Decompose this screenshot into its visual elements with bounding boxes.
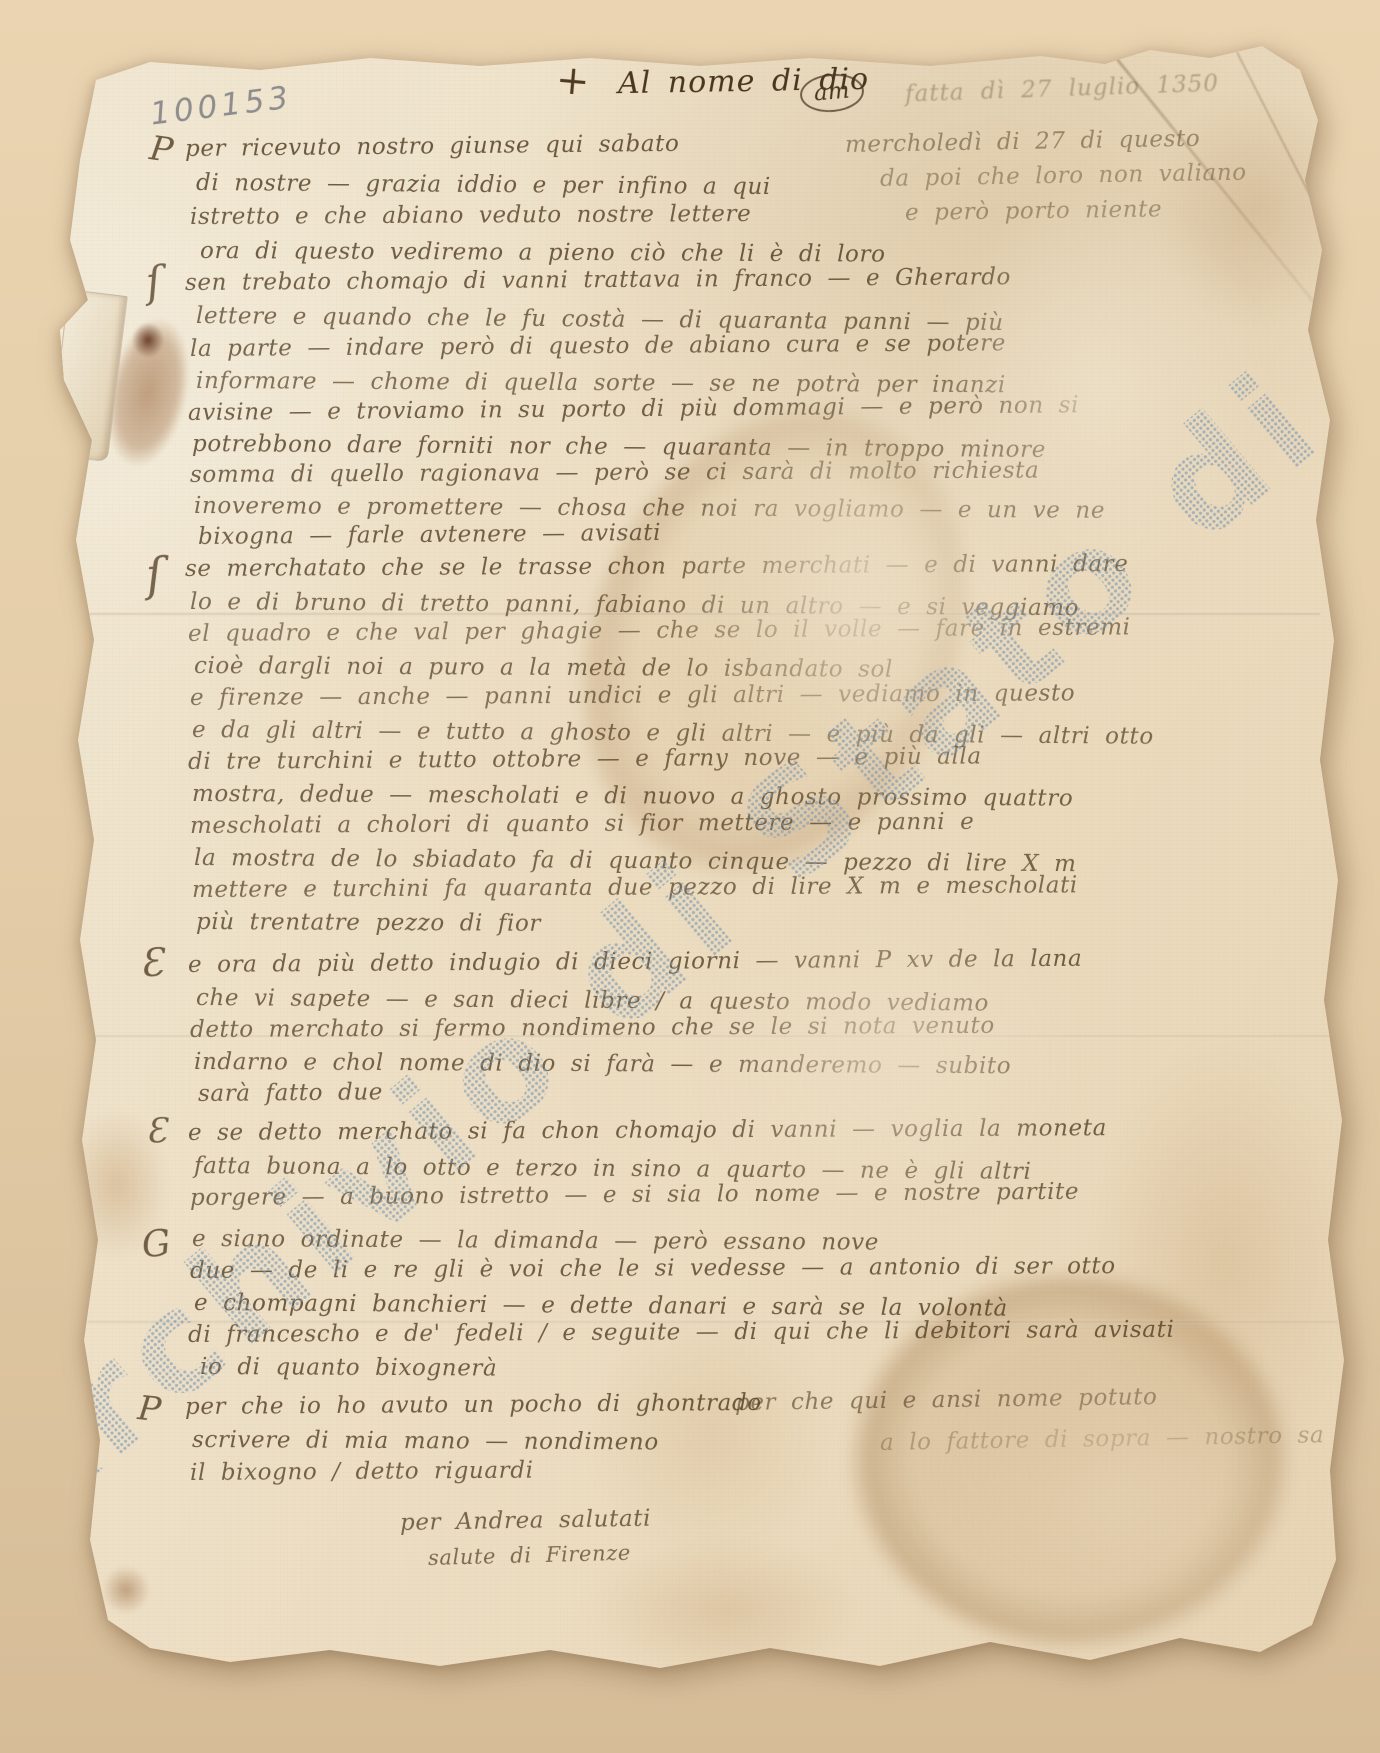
paper-shadow: 100153 + Al nome di dio am fatta dì 27 l…: [0, 0, 1380, 1753]
handwriting-line: di nostre — grazia iddio e per infino a …: [196, 170, 771, 200]
handwriting-line: bixogna — farle avtenere — avisati: [198, 520, 661, 550]
handwriting-line: più trentatre pezzo di fior: [196, 909, 541, 937]
handwriting-line: per che io ho avuto un pocho di ghontrad…: [185, 1390, 762, 1420]
handwriting-line: di francescho e de' fedeli / e seguite —…: [188, 1317, 1175, 1348]
paragraph-mark: ſ: [143, 256, 164, 306]
signature-line: per Andrea salutati: [400, 1506, 651, 1536]
handwriting-line: ora di questo vediremo a pieno ciò che l…: [200, 238, 886, 268]
handwriting-line: somma di quello ragionava — però se ci s…: [190, 458, 1039, 488]
handwriting-line: da poi che loro non valiano: [880, 160, 1247, 192]
paragraph-mark: P: [147, 128, 176, 171]
paragraph-mark: Ɛ: [145, 1111, 170, 1152]
handwriting-line: e però porto niente: [905, 196, 1163, 226]
handwriting-line: per ricevuto nostro giunse qui sabato: [185, 131, 680, 162]
handwriting-line: scrivere di mia mano — nondimeno: [192, 1427, 659, 1455]
signature-line: salute di Firenze: [428, 1541, 631, 1570]
handwriting-line: cioè dargli noi a puro a la metà de lo i…: [194, 653, 893, 683]
manuscript-paper: 100153 + Al nome di dio am fatta dì 27 l…: [0, 0, 1380, 1753]
handwriting-line: avisine — e troviamo in su porto di più …: [188, 392, 1079, 426]
handwriting-line: istretto e che abiano veduto nostre lett…: [190, 201, 751, 230]
scanned-letter-page: 100153 + Al nome di dio am fatta dì 27 l…: [0, 0, 1380, 1753]
handwriting-line: a lo fattore di sopra — nostro sa be: [880, 1421, 1369, 1456]
handwriting-line: la parte — indare però di questo de abia…: [190, 330, 1006, 362]
handwriting-line: sen trebato chomajo di vanni trattava in…: [185, 264, 1011, 296]
handwriting-line: per che qui e ansi nome potuto: [735, 1384, 1158, 1416]
paragraph-mark: ſ: [144, 547, 165, 602]
handwriting-line: il bixogno / detto riguardi: [190, 1458, 534, 1486]
handwriting-line: mercholedì di 27 di questo: [845, 126, 1201, 158]
paragraph-mark: Ɛ: [138, 940, 166, 986]
